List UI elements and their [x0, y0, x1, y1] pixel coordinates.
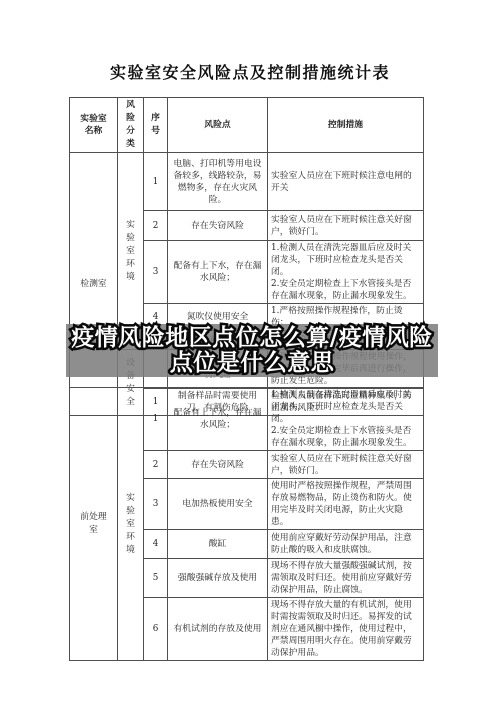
cell-no: 2 — [144, 211, 168, 241]
cell-no: 3 — [144, 479, 168, 530]
cell-risk: 配备有上下水，存在漏水风险； — [168, 241, 268, 304]
watermark-line-1-text: 疫情风险地区点位怎么算/疫情风险 — [71, 325, 432, 351]
cell-no: 2 — [144, 451, 168, 479]
category-cell: 实验室环境 — [118, 153, 144, 350]
cell-no: 3 — [144, 241, 168, 304]
watermark-line-2-text: 点位是什么意思 — [170, 350, 335, 376]
cell-measure: 实验室人员应在下班时候注意电闸的开关 — [268, 153, 424, 211]
watermark-line-2: 点位是什么意思 点位是什么意思 — [170, 351, 335, 376]
header-lab-cell: 实验室名称 — [70, 98, 118, 153]
safety-table-section-2: 前处理室 实验室环境 1 配备有上下水，存在漏水风险； 1.检测人员在清洗完器皿… — [69, 387, 424, 661]
header-measure-cell: 控制措施 — [268, 98, 424, 153]
cell-risk: 电加热板使用安全 — [168, 479, 268, 530]
cell-measure: 现场不得存放大量强酸强碱试剂，按需领取及时归还。使用前应穿戴好劳动保护用品，防止… — [268, 559, 424, 598]
cell-risk: 配备有上下水，存在漏水风险； — [168, 388, 268, 451]
lab-name-cell: 前处理室 — [70, 388, 118, 661]
document-page: 实验室安全风险点及控制措施统计表 实验室名称 风险分类 序号 风险点 控制措施 … — [0, 0, 500, 706]
header-category-label: 风险分类 — [126, 99, 135, 151]
cell-measure: 1.检测人员在清洗完器皿后应及时关闭龙头，下班时应检查龙头是否关闭。 2.安全员… — [268, 388, 424, 451]
page-title: 实验室安全风险点及控制措施统计表 — [0, 60, 500, 83]
header-risk-cell: 风险点 — [168, 98, 268, 153]
cell-measure: 使用前应穿戴好劳动保护用品，注意防止酸的吸入和皮肤腐蚀。 — [268, 530, 424, 559]
cell-no: 6 — [144, 598, 168, 661]
table-row: 检测室 实验室环境 1 电脑、打印机等用电设备较多，线路较杂，易燃物多，存在火灾… — [70, 153, 424, 211]
cell-risk: 存在失窃风险 — [168, 451, 268, 479]
cell-no: 4 — [144, 530, 168, 559]
watermark-overlay: 疫情风险地区点位怎么算/疫情风险 疫情风险地区点位怎么算/疫情风险 点位是什么意… — [66, 324, 438, 377]
watermark-line-1: 疫情风险地区点位怎么算/疫情风险 疫情风险地区点位怎么算/疫情风险 — [71, 326, 432, 351]
cell-risk: 有机试剂的存放及使用 — [168, 598, 268, 661]
category-cell: 实验室环境 — [118, 388, 144, 661]
cell-risk: 电脑、打印机等用电设备较多，线路较杂，易燃物多，存在火灾风险。 — [168, 153, 268, 211]
category-label: 实验室环境 — [126, 492, 135, 557]
header-lab-label: 实验室名称 — [79, 113, 109, 137]
cell-risk: 存在失窃风险 — [168, 211, 268, 241]
table-row: 前处理室 实验室环境 1 配备有上下水，存在漏水风险； 1.检测人员在清洗完器皿… — [70, 388, 424, 451]
cell-measure: 使用时严格按照操作规程，严禁周围存放易燃物品，防止烫伤和防火。使用完毕及时关闭电… — [268, 479, 424, 530]
cell-no: 1 — [144, 388, 168, 451]
cell-measure: 1.检测人员在清洗完器皿后应及时关闭龙头，下班时应检查龙头是否关闭。 2.安全员… — [268, 241, 424, 304]
cell-risk: 酸缸 — [168, 530, 268, 559]
cell-no: 1 — [144, 153, 168, 211]
header-category-cell: 风险分类 — [118, 98, 144, 153]
cell-no: 5 — [144, 559, 168, 598]
cell-measure: 现场不得存放大量的有机试剂，使用时需按需领取及时归还。易挥发的试剂应在通风橱中操… — [268, 598, 424, 661]
cell-risk: 强酸强碱存放及使用 — [168, 559, 268, 598]
table-header-row: 实验室名称 风险分类 序号 风险点 控制措施 — [70, 98, 424, 153]
cell-measure: 实验室人员应在下班时候注意关好窗户，锁好门。 — [268, 451, 424, 479]
header-no-cell: 序号 — [144, 98, 168, 153]
lab-name: 检测室 — [80, 278, 108, 291]
category-label: 实验室环境 — [126, 219, 135, 284]
lab-name: 前处理室 — [80, 511, 108, 537]
header-no-label: 序号 — [151, 112, 160, 138]
cell-measure: 实验室人员应在下班时候注意关好窗户，锁好门。 — [268, 211, 424, 241]
